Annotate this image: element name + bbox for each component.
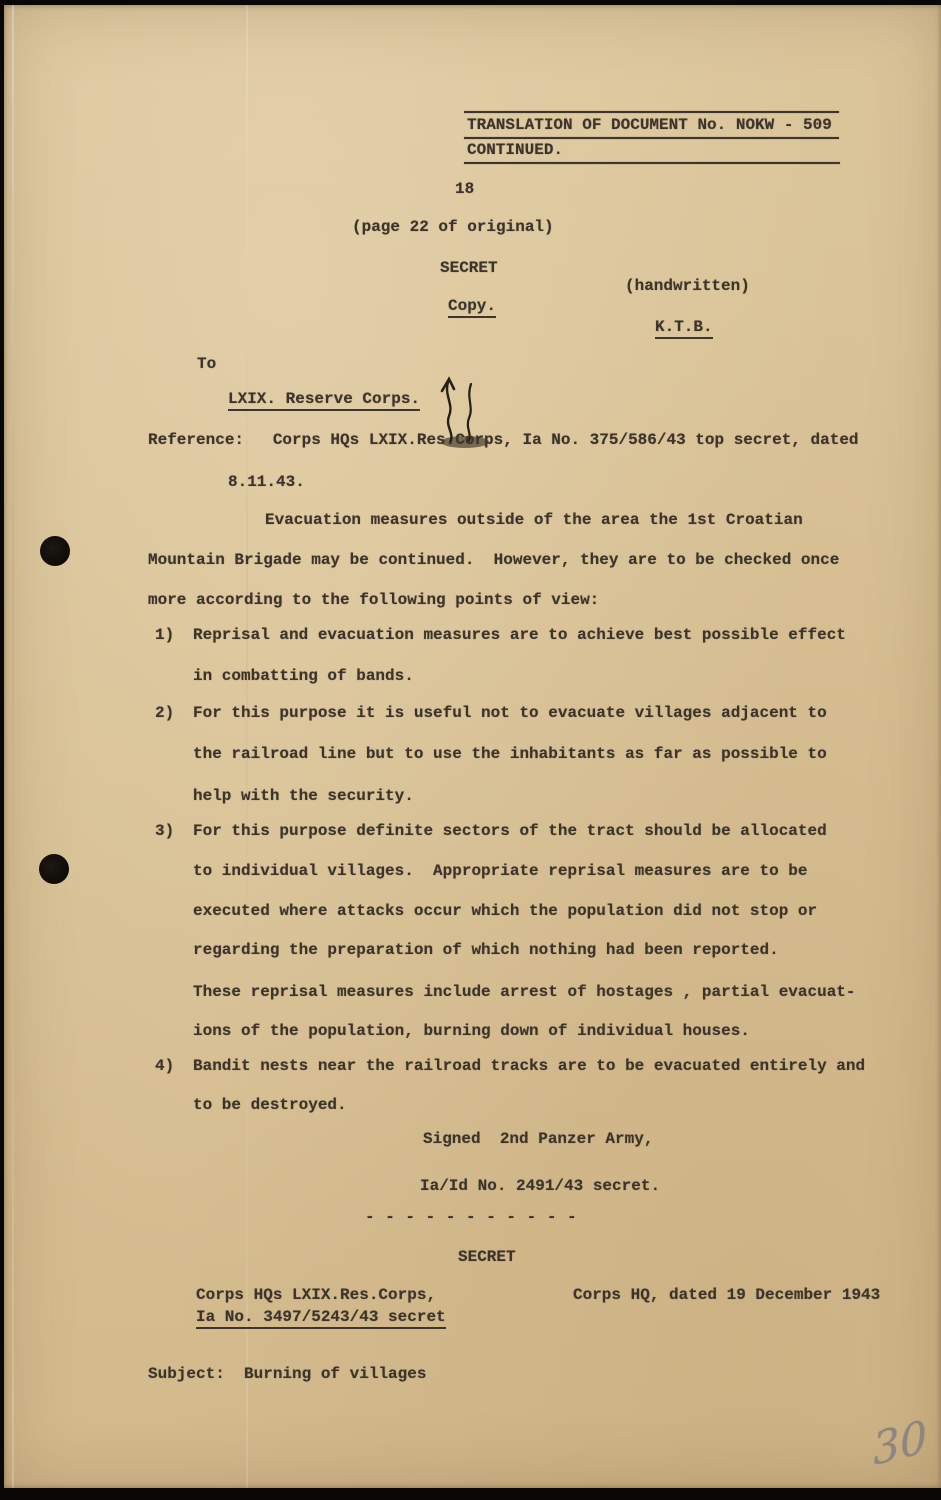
to-label: To	[197, 355, 216, 374]
item-3-line-1: For this purpose definite sectors of the…	[193, 822, 827, 841]
item-1-number: 1)	[155, 626, 174, 645]
copy-label: Copy.	[448, 297, 496, 318]
ktb-label: K.T.B.	[655, 318, 713, 339]
item-1-line-2: in combatting of bands.	[193, 667, 414, 686]
item-2-line-2: the railroad line but to use the inhabit…	[193, 745, 827, 764]
subject-line: Subject: Burning of villages	[148, 1365, 426, 1384]
corps-hq-line-1: Corps HQs LXIX.Res.Corps,	[196, 1286, 436, 1305]
intro-line-2: Mountain Brigade may be continued. Howev…	[148, 551, 839, 570]
recipient: LXIX. Reserve Corps.	[228, 390, 420, 411]
handwritten-note-label: (handwritten)	[625, 277, 750, 296]
item-1-line-1: Reprisal and evacuation measures are to …	[193, 626, 846, 645]
reference-line: Reference: Corps HQs LXIX.Res.Corps, Ia …	[148, 431, 859, 450]
item-3-number: 3)	[155, 822, 174, 841]
original-page-ref: (page 22 of original)	[352, 218, 554, 237]
doc-title: TRANSLATION OF DOCUMENT No. NOKW - 509	[467, 116, 832, 135]
signature-line: Signed 2nd Panzer Army,	[423, 1130, 653, 1149]
header-rule-bottom	[464, 162, 840, 164]
divider-dashes: - - - - - - - - - - -	[365, 1208, 577, 1227]
page-number: 18	[455, 180, 474, 199]
classification-bottom: SECRET	[458, 1248, 516, 1267]
item-3-line-4: regarding the preparation of which nothi…	[193, 941, 779, 960]
item-4-line-1: Bandit nests near the railroad tracks ar…	[193, 1057, 865, 1076]
punch-hole-bottom	[39, 854, 69, 884]
item-3-line-5: These reprisal measures include arrest o…	[193, 983, 856, 1002]
doc-title-continued: CONTINUED.	[467, 141, 563, 160]
item-2-line-1: For this purpose it is useful not to eva…	[193, 704, 827, 723]
corps-hq-line-2: Ia No. 3497/5243/43 secret	[196, 1308, 446, 1329]
classification-top: SECRET	[440, 259, 498, 278]
signature-ref-line: Ia/Id No. 2491/43 secret.	[420, 1177, 660, 1196]
intro-line-1: Evacuation measures outside of the area …	[265, 511, 803, 530]
item-4-line-2: to be destroyed.	[193, 1096, 347, 1115]
item-3-line-3: executed where attacks occur which the p…	[193, 902, 817, 921]
item-2-line-3: help with the security.	[193, 787, 414, 806]
item-2-number: 2)	[155, 704, 174, 723]
reference-date: 8.11.43.	[228, 473, 305, 492]
header-rule-middle	[464, 137, 839, 139]
item-3-line-6: ions of the population, burning down of …	[193, 1022, 750, 1041]
hq-date-line: Corps HQ, dated 19 December 1943	[573, 1286, 880, 1305]
item-3-line-2: to individual villages. Appropriate repr…	[193, 862, 808, 881]
punch-hole-top	[40, 536, 70, 566]
header-rule-top	[464, 111, 839, 113]
item-4-number: 4)	[155, 1057, 174, 1076]
scanned-document-page: { "document": { "header": { "title": "TR…	[0, 0, 941, 1500]
intro-line-3: more according to the following points o…	[148, 591, 599, 610]
